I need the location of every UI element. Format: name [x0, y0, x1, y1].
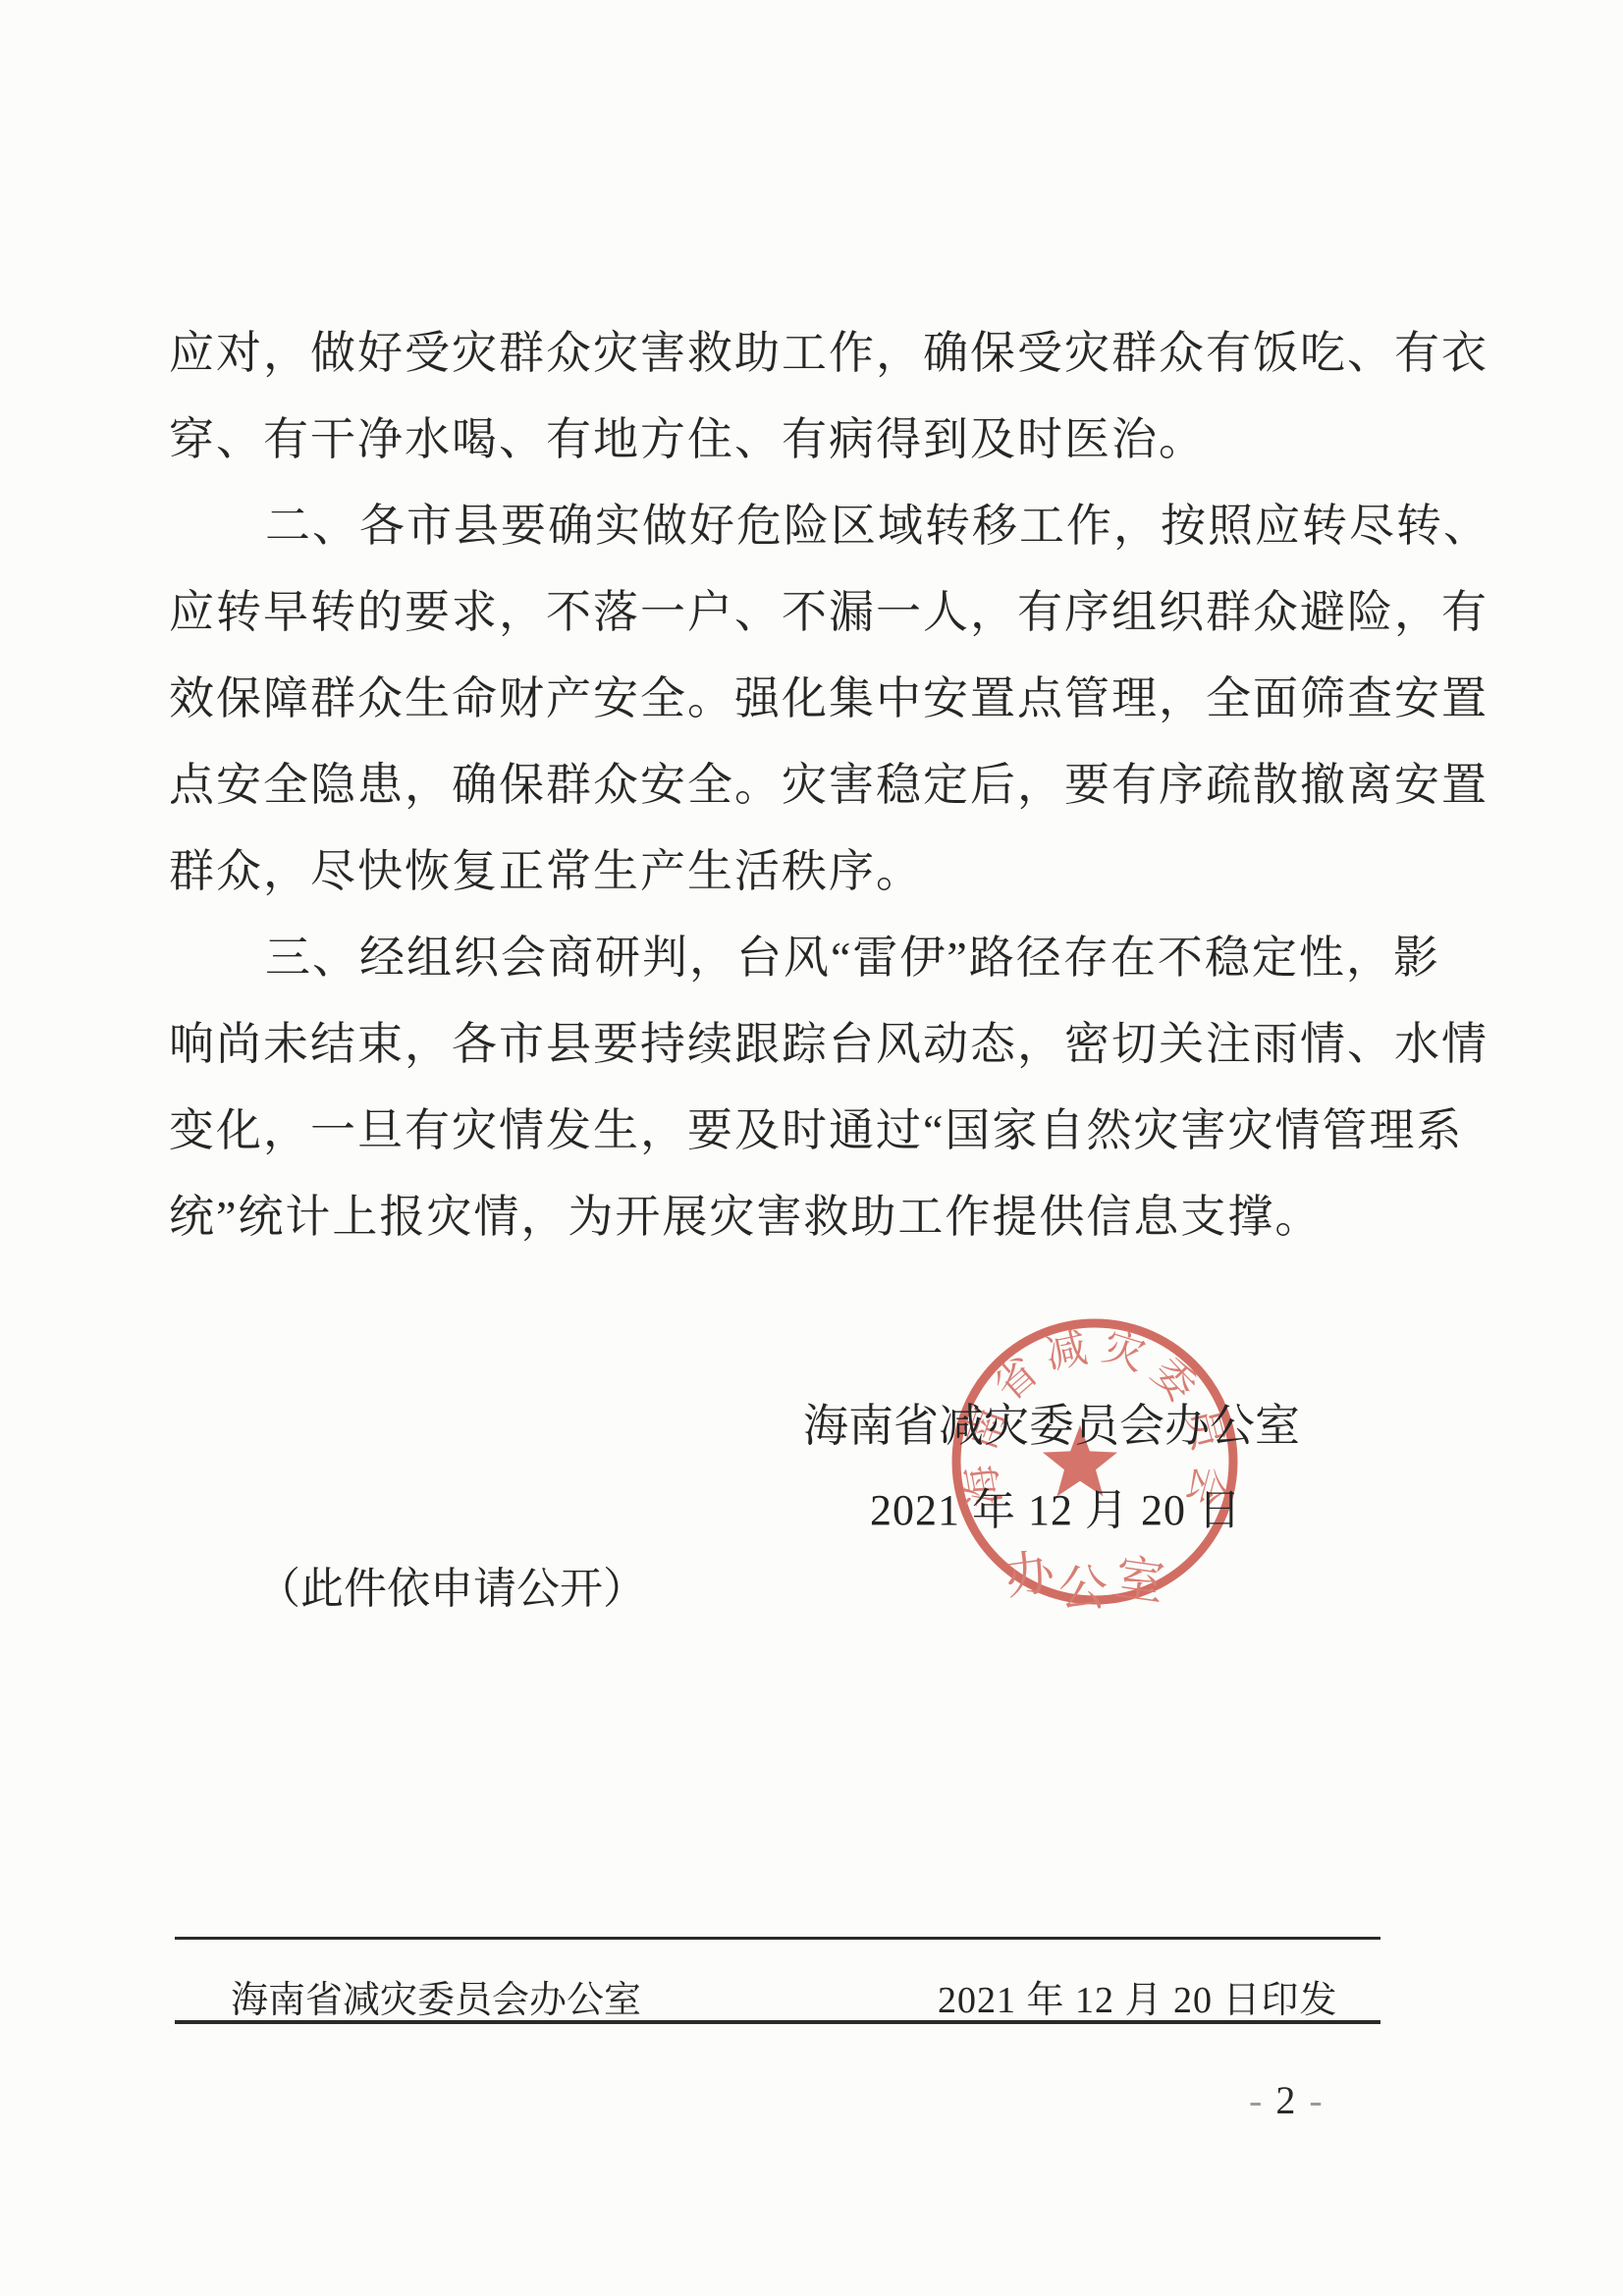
signature-date: 2021 年 12 月 20 日 — [870, 1474, 1242, 1537]
signature-organization: 海南省减灾委员会办公室 — [803, 1390, 1300, 1455]
document-body: 应对，做好受灾群众灾害救助工作，确保受灾群众有饭吃、有衣 穿、有干净水喝、有地方… — [169, 310, 1504, 1260]
body-line-paragraph-3-start: 三、经组织会商研判，台风“雷伊”路径存在不稳定性，影 — [169, 915, 1504, 1001]
page-number-value: 2 — [1275, 2078, 1295, 2122]
footer-rule-bottom — [175, 2020, 1380, 2024]
page-number: -2- — [1235, 2077, 1336, 2123]
body-line: 穿、有干净水喝、有地方住、有病得到及时医治。 — [169, 397, 1504, 483]
document-page: 应对，做好受灾群众灾害救助工作，确保受灾群众有饭吃、有衣 穿、有干净水喝、有地方… — [0, 0, 1623, 2296]
body-line: 点安全隐患，确保群众安全。灾害稳定后，要有序疏散撤离安置 — [169, 742, 1504, 828]
svg-text:室: 室 — [1111, 1550, 1167, 1609]
body-line: 统”统计上报灾情，为开展灾害救助工作提供信息支撑。 — [169, 1174, 1504, 1260]
svg-text:公: 公 — [1058, 1561, 1108, 1609]
body-line: 响尚未结束，各市县要持续跟踪台风动态，密切关注雨情、水情 — [169, 1001, 1504, 1088]
disclosure-note: （此件依申请公开） — [257, 1553, 646, 1616]
body-line-paragraph-2-start: 二、各市县要确实做好危险区域转移工作，按照应转尽转、 — [169, 483, 1504, 569]
page-number-dash: - — [1235, 2078, 1275, 2122]
body-line: 变化，一旦有灾情发生，要及时通过“国家自然灾害灾情管理系 — [169, 1088, 1504, 1174]
footer-issuer: 海南省减灾委员会办公室 — [231, 1969, 641, 2023]
body-line: 群众，尽快恢复正常生产生活秩序。 — [169, 828, 1504, 915]
body-line: 应转早转的要求，不落一户、不漏一人，有序组织群众避险，有 — [169, 569, 1504, 656]
svg-text:办: 办 — [1001, 1543, 1059, 1605]
body-line: 效保障群众生命财产安全。强化集中安置点管理，全面筛查安置 — [169, 656, 1504, 742]
official-seal-stamp: 海南省减灾委员会 办 公 室 — [947, 1314, 1242, 1609]
footer-rule-top — [175, 1937, 1380, 1940]
footer-print-date: 2021 年 12 月 20 日印发 — [938, 1969, 1338, 2023]
page-number-dash: - — [1295, 2078, 1335, 2122]
body-line: 应对，做好受灾群众灾害救助工作，确保受灾群众有饭吃、有衣 — [169, 310, 1504, 397]
seal-bottom-text: 办 公 室 — [1001, 1543, 1167, 1609]
